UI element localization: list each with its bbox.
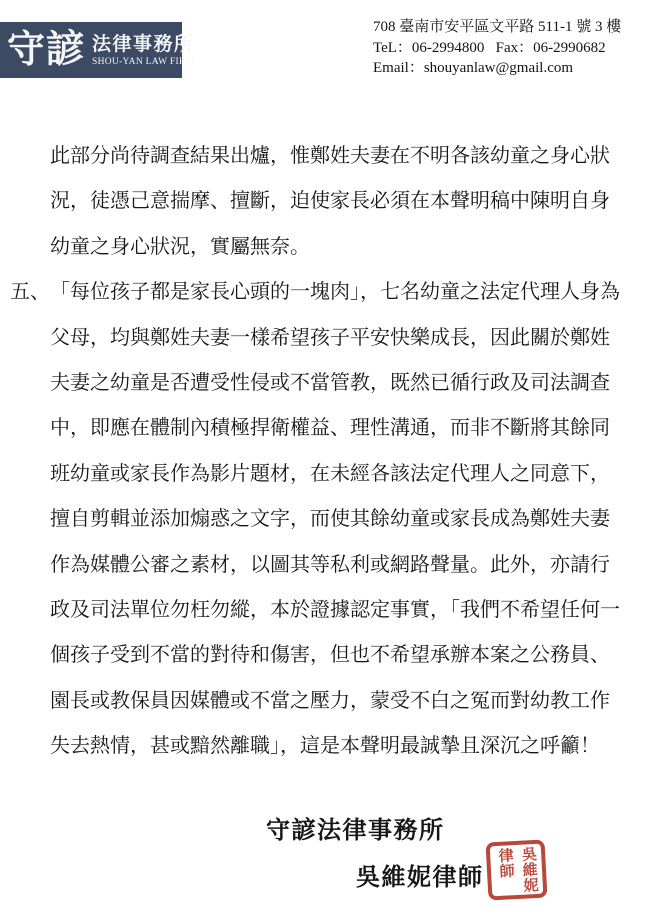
body-line: 作為媒體公審之素材，以圖其等私利或網路聲量。此外，亦請行 (50, 543, 628, 588)
signature-lawyer-name: 吳維妮律師 (356, 857, 484, 892)
body-line: 班幼童或家長作為影片題材，在未經各該法定代理人之同意下， (50, 452, 628, 497)
seal-column-left: 律師 (492, 847, 518, 895)
document-page: 守諺 法律事務所 SHOU-YAN LAW FIRM 708 臺南市安平區文平路… (0, 0, 656, 921)
contact-info: 708 臺南市安平區文平路 511-1 號 3 樓 TeL：06-2994800… (373, 17, 621, 79)
body-line: 擅自剪輯並添加煽惑之文字，而使其餘幼童或家長成為鄭姓夫妻 (50, 497, 628, 542)
body-line: 政及司法單位勿枉勿縱，本於證據認定事實，「我們不希望任何一 (50, 588, 628, 633)
item-five-marker: 五、 (10, 270, 50, 315)
signature-firm-name: 守諺法律事務所 (266, 810, 445, 845)
firm-logo-subtitle-block: 法律事務所 SHOU-YAN LAW FIRM (92, 34, 195, 68)
firm-logo-cn-label: 法律事務所 (92, 34, 195, 57)
body-line: 幼童之身心狀況，實屬無奈。 (50, 225, 628, 270)
body-line: 「每位孩子都是家長心頭的一塊肉」，七名幼童之法定代理人身為 (50, 270, 628, 315)
paragraph-continuation: 此部分尚待調查結果出爐，惟鄭姓夫妻在不明各該幼童之身心狀況，徒憑己意揣摩、擅斷，… (50, 134, 628, 270)
firm-logo-en-label: SHOU-YAN LAW FIRM (92, 57, 195, 68)
item-five-lines: 「每位孩子都是家長心頭的一塊肉」，七名幼童之法定代理人身為父母，均與鄭姓夫妻一樣… (50, 270, 628, 769)
firm-logo-name: 守諺 (7, 31, 85, 69)
contact-tel-fax: TeL：06-2994800 Fax：06-2990682 (373, 38, 621, 59)
lawyer-seal-stamp: 吳維妮 律師 (486, 839, 548, 900)
body-line: 中，即應在體制內積極捍衛權益、理性溝通，而非不斷將其餘同 (50, 406, 628, 451)
lawyer-seal-text: 吳維妮 律師 (492, 846, 541, 895)
body-line: 此部分尚待調查結果出爐，惟鄭姓夫妻在不明各該幼童之身心狀 (50, 134, 628, 179)
body-line: 失去熱情，甚或黯然離職」，這是本聲明最誠摯且深沉之呼籲！ (50, 724, 628, 769)
contact-address: 708 臺南市安平區文平路 511-1 號 3 樓 (373, 17, 621, 38)
body-line: 況，徒憑己意揣摩、擅斷，迫使家長必須在本聲明稿中陳明自身 (50, 179, 628, 224)
firm-logo: 守諺 法律事務所 SHOU-YAN LAW FIRM (0, 22, 182, 78)
statement-body: 此部分尚待調查結果出爐，惟鄭姓夫妻在不明各該幼童之身心狀況，徒憑己意揣摩、擅斷，… (50, 134, 628, 770)
statement-item-five: 五、 「每位孩子都是家長心頭的一塊肉」，七名幼童之法定代理人身為父母，均與鄭姓夫… (50, 270, 628, 769)
body-line: 父母，均與鄭姓夫妻一樣希望孩子平安快樂成長，因此關於鄭姓 (50, 316, 628, 361)
body-line: 夫妻之幼童是否遭受性侵或不當管教，既然已循行政及司法調查 (50, 361, 628, 406)
body-line: 個孩子受到不當的對待和傷害，但也不希望承辦本案之公務員、 (50, 633, 628, 678)
contact-email: Email：shouyanlaw@gmail.com (373, 58, 621, 79)
body-line: 園長或教保員因媒體或不當之壓力，蒙受不白之冤而對幼教工作 (50, 679, 628, 724)
seal-column-right: 吳維妮 (515, 846, 541, 894)
